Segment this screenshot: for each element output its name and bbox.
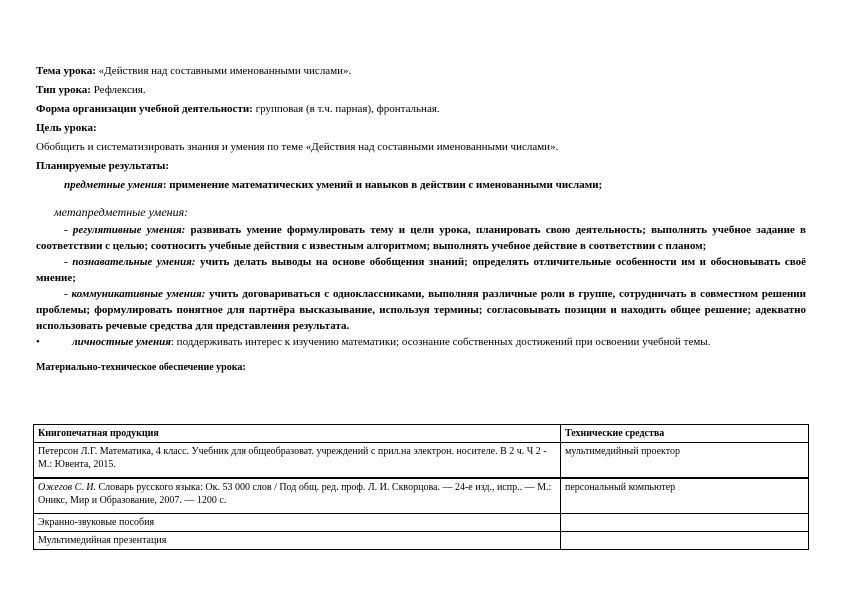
table-row: Мультимедийная презентация: [34, 532, 809, 550]
table-row: Ожегов С. И. Словарь русского языка: Ок.…: [34, 478, 809, 514]
table-row: Экранно-звуковые пособия: [34, 514, 809, 532]
table-cell: Мультимедийная презентация: [34, 532, 561, 550]
table-cell: Экранно-звуковые пособия: [34, 514, 561, 532]
table-header-row: Книгопечатная продукция Технические сред…: [34, 425, 809, 443]
table-cell: персональный компьютер: [561, 478, 809, 514]
cognitive-skills: - познавательные умения: учить делать вы…: [36, 254, 806, 286]
lesson-type: Тип урока: Рефлексия.: [36, 81, 806, 100]
table-cell: [561, 532, 809, 550]
subject-skills-label: предметные умения: [64, 179, 163, 191]
meta-skills-label: метапредметные умения:: [36, 203, 806, 222]
regulatory-label: регулятивные умения:: [73, 224, 185, 236]
communicative-skills: - коммуникативные умения: учить договари…: [36, 286, 806, 334]
results-label: Планируемые результаты:: [36, 157, 806, 176]
table-cell: Ожегов С. И. Словарь русского языка: Ок.…: [34, 478, 561, 514]
lesson-form: Форма организации учебной деятельности: …: [36, 100, 806, 119]
type-label: Тип урока:: [36, 84, 91, 96]
cognitive-label: познавательные умения:: [72, 256, 195, 268]
regulatory-skills: - регулятивные умения: развивать умение …: [36, 222, 806, 254]
table-cell: мультимедийный проектор: [561, 443, 809, 479]
communicative-label: коммуникативные умения:: [72, 288, 206, 300]
personal-text: : поддерживать интерес к изучению матема…: [171, 336, 711, 348]
table-header-cell: Книгопечатная продукция: [34, 425, 561, 443]
equipment-table: Книгопечатная продукция Технические сред…: [33, 424, 809, 550]
table-header-cell: Технические средства: [561, 425, 809, 443]
subject-skills-text: : применение математических умений и нав…: [163, 179, 602, 191]
table-cell: Петерсон Л.Г. Математика, 4 класс. Учебн…: [34, 443, 561, 479]
table-row: Петерсон Л.Г. Математика, 4 класс. Учебн…: [34, 443, 809, 479]
form-value: групповая (в т.ч. парная), фронтальная.: [256, 103, 440, 115]
lesson-topic: Тема урока: «Действия над составными име…: [36, 62, 806, 81]
subject-skills: предметные умения: применение математиче…: [36, 176, 806, 195]
author-name: Ожегов С. И.: [38, 482, 96, 493]
form-label: Форма организации учебной деятельности:: [36, 103, 253, 115]
type-value: Рефлексия.: [94, 84, 146, 96]
bullet-icon: •: [36, 334, 72, 350]
goal-value: Обобщить и систематизировать знания и ум…: [36, 138, 806, 157]
personal-label: личностные умения: [72, 336, 171, 348]
equipment-title: Материально-техническое обеспечение урок…: [36, 360, 806, 376]
topic-label: Тема урока:: [36, 65, 96, 77]
table-cell: [561, 514, 809, 532]
lesson-document: Тема урока: «Действия над составными име…: [36, 62, 806, 376]
goal-label: Цель урока:: [36, 119, 806, 138]
personal-skills: • личностные умения: поддерживать интере…: [36, 334, 806, 350]
topic-value: «Действия над составными именованными чи…: [99, 65, 352, 77]
